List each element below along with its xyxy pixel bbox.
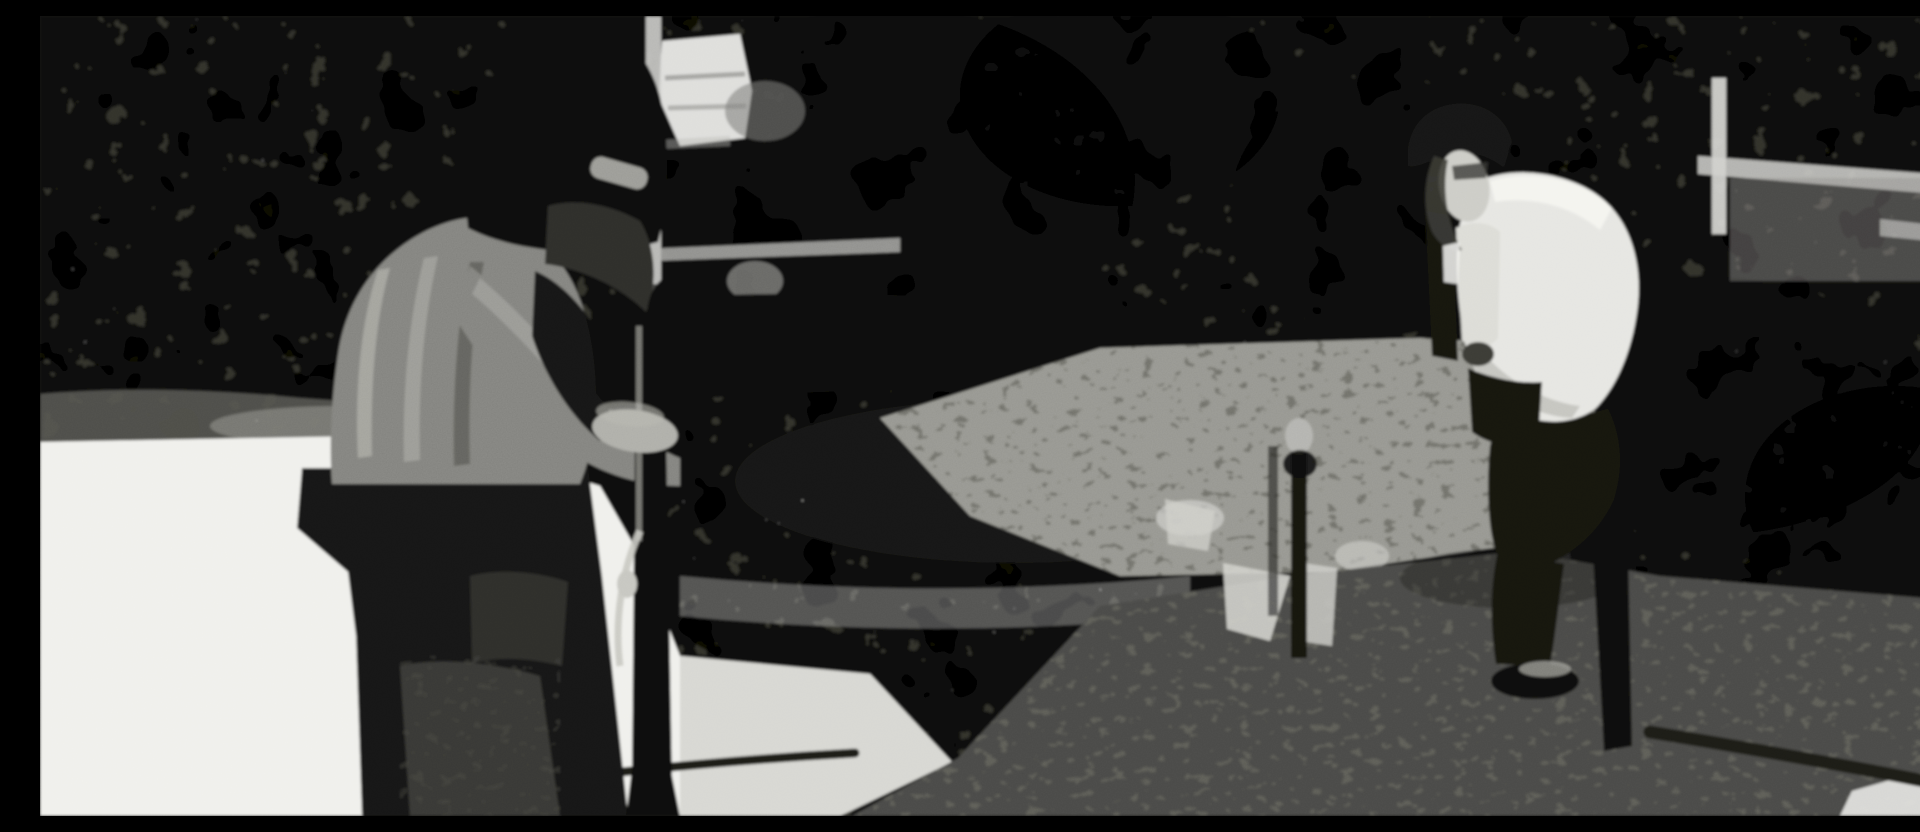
film-grain [40, 16, 1920, 816]
photograph [40, 16, 1920, 816]
